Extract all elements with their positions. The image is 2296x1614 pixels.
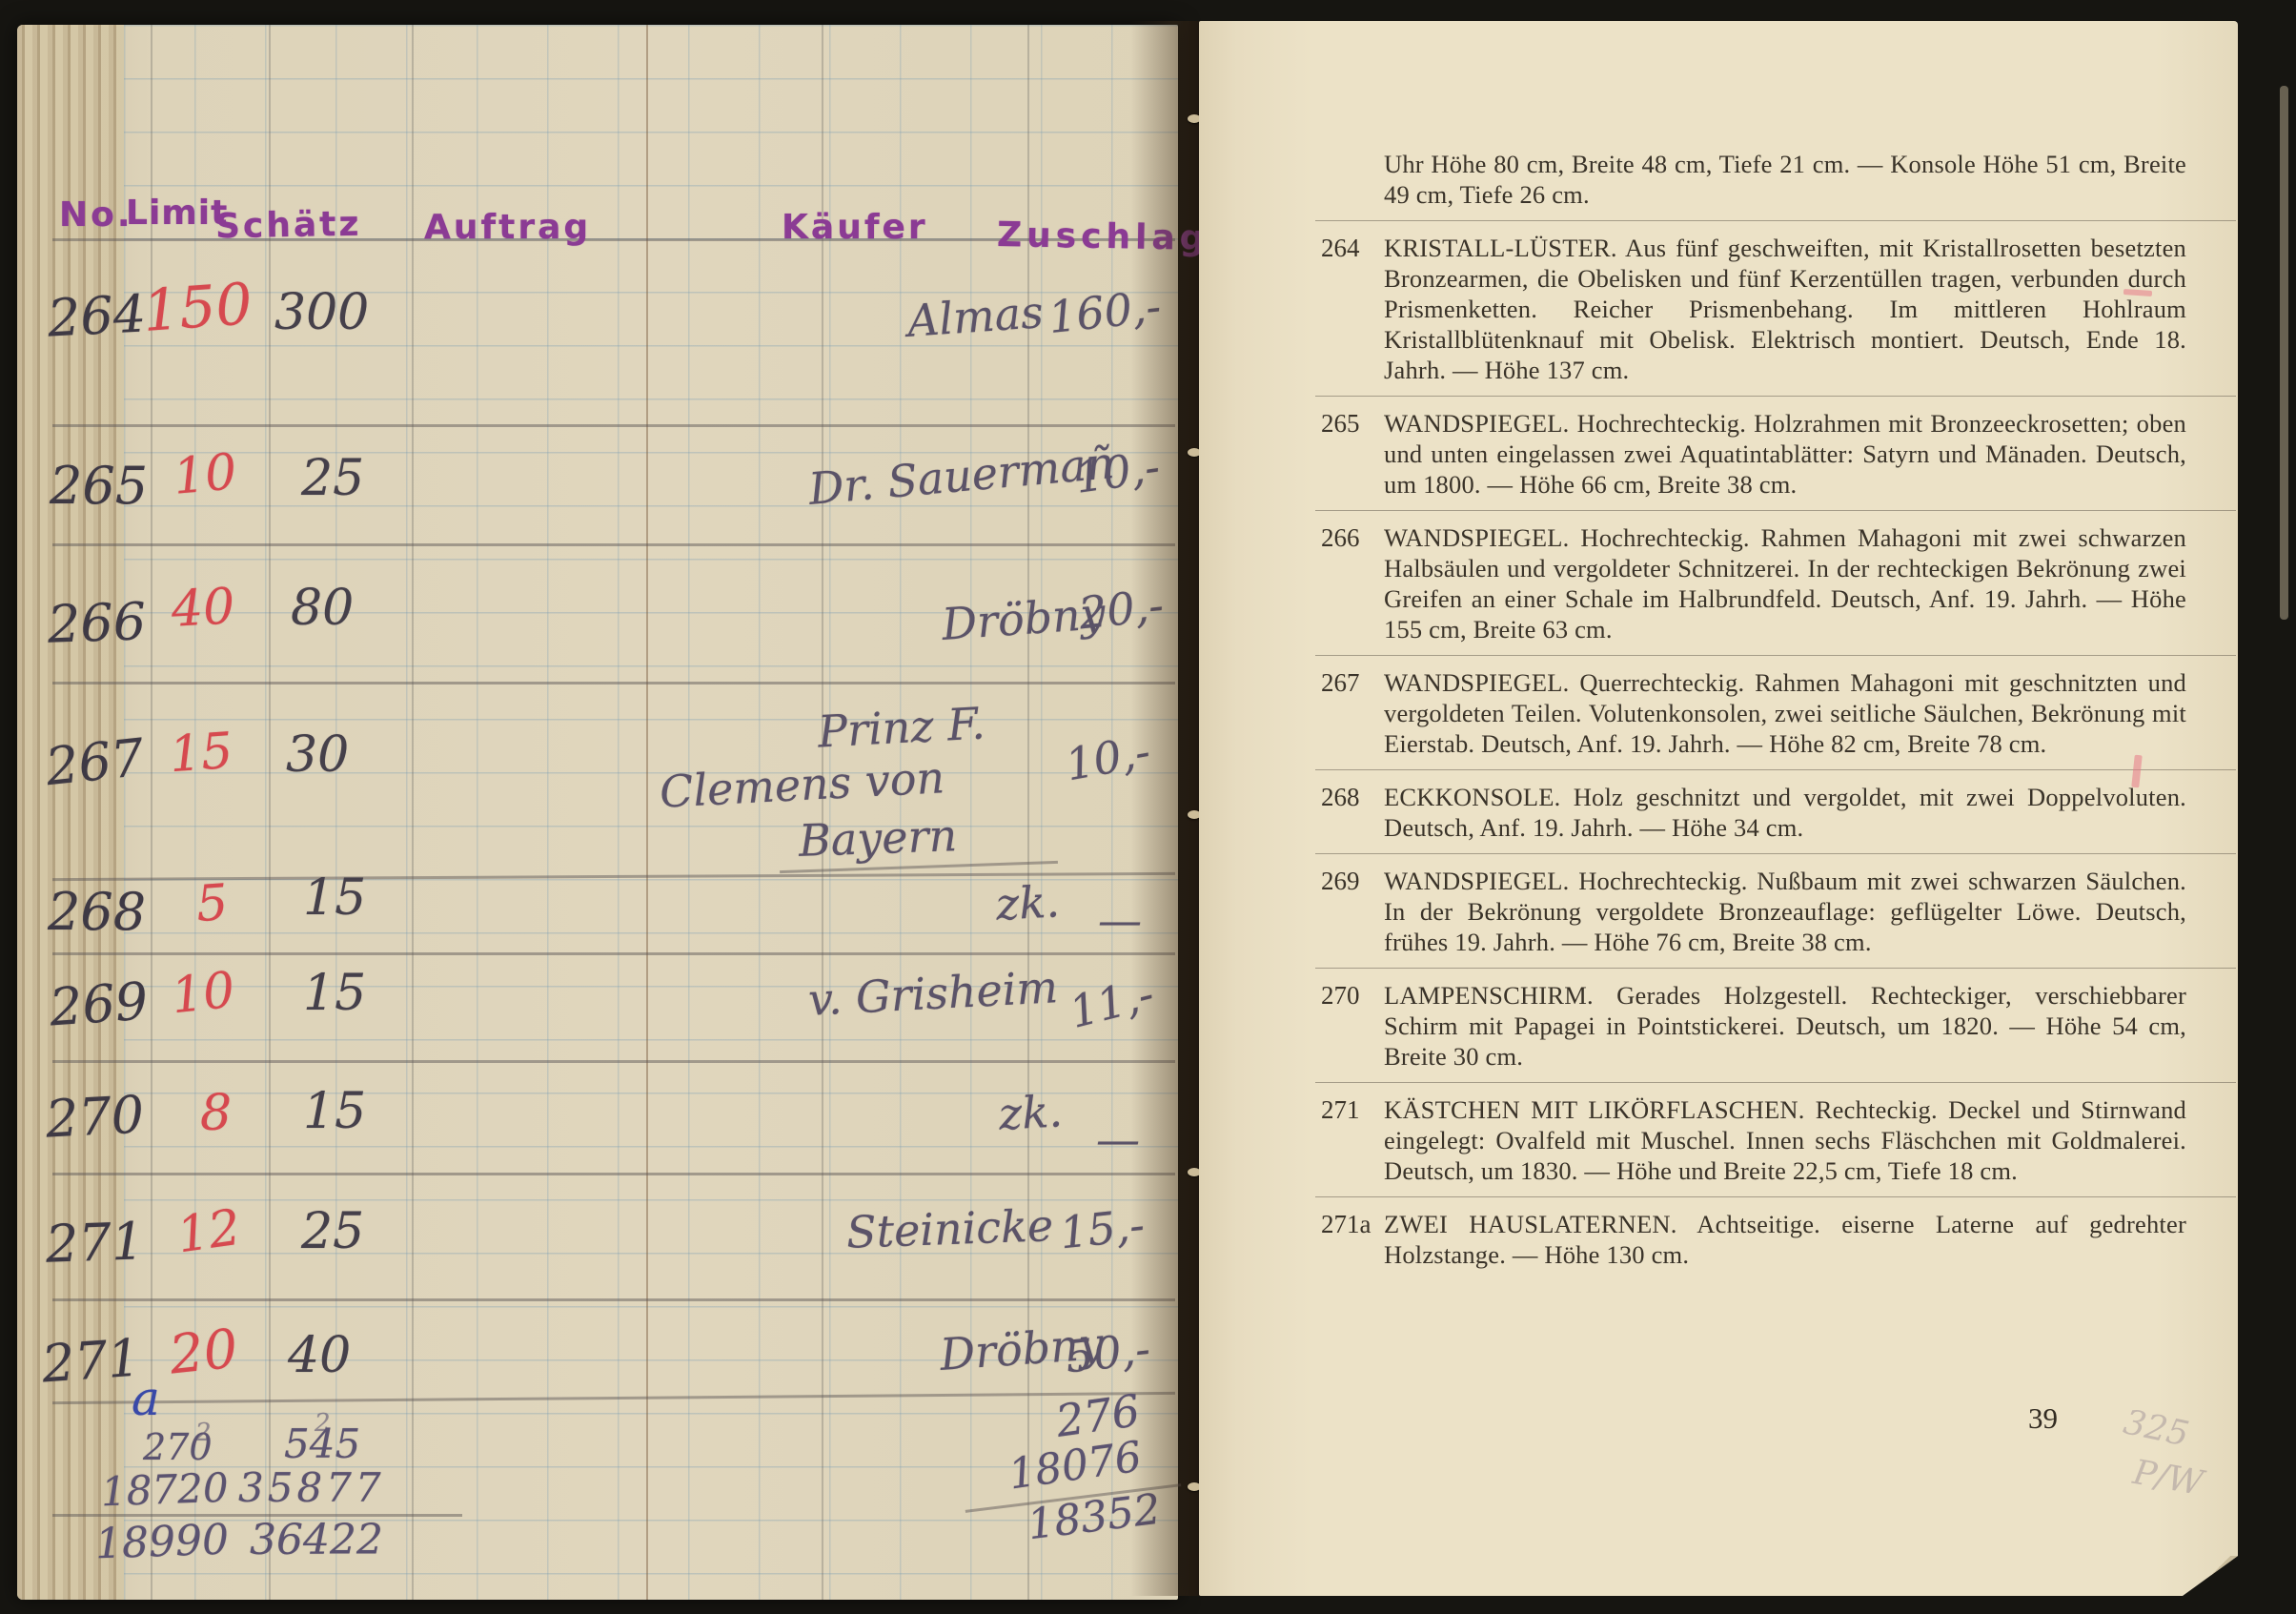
entry-divider — [1315, 1196, 2236, 1197]
lot-no-cell: 266 — [47, 591, 147, 655]
intro-text: Uhr Höhe 80 cm, Breite 48 cm, Tiefe 21 c… — [1384, 149, 2186, 210]
column-rule — [412, 25, 414, 1600]
header-stamp-auftrag: Auftrag — [424, 208, 591, 247]
stitch — [1188, 114, 1201, 123]
entry-divider — [1315, 853, 2236, 854]
catalog-entry-269: 269 WANDSPIEGEL. Hochrechteckig. Nußbaum… — [1321, 866, 2186, 957]
catalog-intro: Uhr Höhe 80 cm, Breite 48 cm, Tiefe 21 c… — [1321, 149, 2186, 210]
column-rule — [646, 25, 648, 1600]
estimate-subtotal: 35877 — [238, 1464, 385, 1511]
buyer-cell-line3: Bayern — [798, 809, 958, 867]
stitch — [1188, 1168, 1201, 1176]
catalog-entry-271a: 271a ZWEI HAUSLATERNEN. Achtseitige. eis… — [1321, 1209, 2186, 1270]
limit-cell: 12 — [173, 1199, 244, 1265]
stitch — [1188, 1482, 1201, 1491]
lot-description: KRISTALL-LÜSTER. Aus fünf geschweiften, … — [1384, 233, 2186, 385]
buyer-cell: Steinicke — [845, 1199, 1054, 1258]
page-edge-sliver — [2280, 86, 2288, 620]
lot-no-cell: 267 — [43, 727, 147, 797]
lot-no-cell: 270 — [44, 1084, 145, 1149]
buyer-cell: Almas — [905, 286, 1045, 347]
catalog-entry-268: 268 ECKKONSOLE. Holz geschnitzt und verg… — [1321, 782, 2186, 843]
limit-cell: 20 — [167, 1318, 241, 1386]
lot-no-cell: 269 — [48, 970, 150, 1037]
page-number: 39 — [2028, 1401, 2058, 1436]
limit-carry-total: 270 — [143, 1426, 213, 1468]
lot-number: 271 — [1321, 1094, 1384, 1186]
lot-number: 267 — [1321, 667, 1384, 759]
lot-description: WANDSPIEGEL. Hochrechteckig. Nußbaum mit… — [1384, 866, 2186, 957]
entry-divider — [1315, 220, 2236, 221]
limit-grand-total: 18990 — [94, 1516, 230, 1569]
catalog-entry-267: 267 WANDSPIEGEL. Querrechteckig. Rahmen … — [1321, 667, 2186, 759]
lot-no-cell: 271 — [45, 1211, 145, 1275]
estimate-cell: 15 — [303, 869, 366, 927]
catalog-entry-271: 271 KÄSTCHEN MIT LIKÖRFLASCHEN. Rechteck… — [1321, 1094, 2186, 1186]
column-rule — [822, 25, 823, 1600]
limit-cell: 5 — [194, 874, 230, 933]
lot-description: ECKKONSOLE. Holz geschnitzt und vergolde… — [1384, 782, 2186, 843]
row-separator — [52, 424, 1175, 427]
book-scan: No. Limit Schätz Auftrag Käufer Zuschlag… — [0, 0, 2296, 1614]
limit-subtotal: 18720 — [100, 1464, 229, 1516]
estimate-cell: 80 — [291, 580, 354, 637]
limit-cell: 10 — [172, 443, 239, 506]
stitch — [1188, 810, 1201, 819]
stitch — [1188, 448, 1201, 457]
lot-description: ZWEI HAUSLATERNEN. Achtseitige. eiserne … — [1384, 1209, 2186, 1270]
buyer-cell: zk. — [998, 1085, 1064, 1139]
limit-cell: 15 — [168, 723, 234, 784]
header-stamp-kaeufer: Käufer — [782, 208, 928, 247]
lot-number: 268 — [1321, 782, 1384, 843]
catalog-entry-264: 264 KRISTALL-LÜSTER. Aus fünf geschweift… — [1321, 233, 2186, 385]
lot-description: WANDSPIEGEL. Querrechteckig. Rahmen Maha… — [1384, 667, 2186, 759]
row-separator — [52, 1173, 1175, 1175]
lot-no-cell: 264 — [46, 283, 147, 348]
estimate-cell: 15 — [303, 1083, 366, 1140]
lot-no-cell: 265 — [50, 456, 148, 516]
entry-divider — [1315, 968, 2236, 969]
header-stamp-no: No. — [59, 195, 133, 235]
lot-description: LAMPENSCHIRM. Gerades Holzgestell. Recht… — [1384, 980, 2186, 1072]
estimate-cell: 25 — [301, 1203, 364, 1260]
lot-description: WANDSPIEGEL. Hochrechteckig. Rahmen Maha… — [1384, 522, 2186, 644]
limit-cell: 10 — [169, 962, 237, 1026]
lot-number: 269 — [1321, 866, 1384, 957]
lot-description: WANDSPIEGEL. Hochrechteckig. Holzrahmen … — [1384, 408, 2186, 500]
lot-number: 265 — [1321, 408, 1384, 500]
lot-no-suffix: a — [132, 1371, 160, 1426]
corner-fold — [2183, 1556, 2238, 1596]
catalog-entry-265: 265 WANDSPIEGEL. Hochrechteckig. Holzrah… — [1321, 408, 2186, 500]
lot-no-cell: 271 — [40, 1327, 142, 1394]
estimate-carry-total: 545 — [284, 1420, 360, 1467]
lot-no-cell: 268 — [48, 882, 146, 942]
lot-number: 271a — [1321, 1209, 1384, 1270]
lot-number: 264 — [1321, 233, 1384, 385]
buyer-cell: Prinz F. — [817, 697, 986, 757]
entry-divider — [1315, 1082, 2236, 1083]
entry-divider — [1315, 396, 2236, 397]
entry-divider — [1315, 769, 2236, 770]
estimate-cell: 15 — [303, 965, 366, 1022]
estimate-grand-total: 36422 — [250, 1516, 383, 1564]
estimate-cell: 25 — [301, 450, 364, 507]
lot-number: 270 — [1321, 980, 1384, 1072]
row-separator — [52, 682, 1175, 684]
catalog-entry-270: 270 LAMPENSCHIRM. Gerades Holzgestell. R… — [1321, 980, 2186, 1072]
row-separator — [52, 1298, 1175, 1301]
buyer-cell: zk. — [995, 875, 1061, 930]
row-separator — [52, 952, 1175, 955]
header-stamp-schaetz: Schätz — [215, 205, 362, 247]
estimate-cell: 40 — [288, 1327, 351, 1384]
limit-cell: 8 — [200, 1085, 232, 1142]
estimate-cell: 300 — [274, 284, 369, 341]
estimate-cell: 30 — [286, 726, 349, 784]
lot-number: 266 — [1321, 522, 1384, 644]
limit-cell: 150 — [141, 271, 254, 345]
column-rule — [269, 25, 271, 1600]
lot-number — [1321, 149, 1384, 210]
catalog-entry-266: 266 WANDSPIEGEL. Hochrechteckig. Rahmen … — [1321, 522, 2186, 644]
entry-divider — [1315, 655, 2236, 656]
limit-cell: 40 — [170, 578, 235, 638]
row-separator — [52, 1060, 1175, 1063]
row-separator — [52, 543, 1175, 546]
header-stamp-limit: Limit — [126, 194, 228, 233]
entry-divider — [1315, 510, 2236, 511]
lot-description: KÄSTCHEN MIT LIKÖRFLASCHEN. Rechteckig. … — [1384, 1094, 2186, 1186]
column-rule — [151, 25, 152, 1600]
catalog-text-block: Uhr Höhe 80 cm, Breite 48 cm, Tiefe 21 c… — [1321, 149, 2186, 1270]
